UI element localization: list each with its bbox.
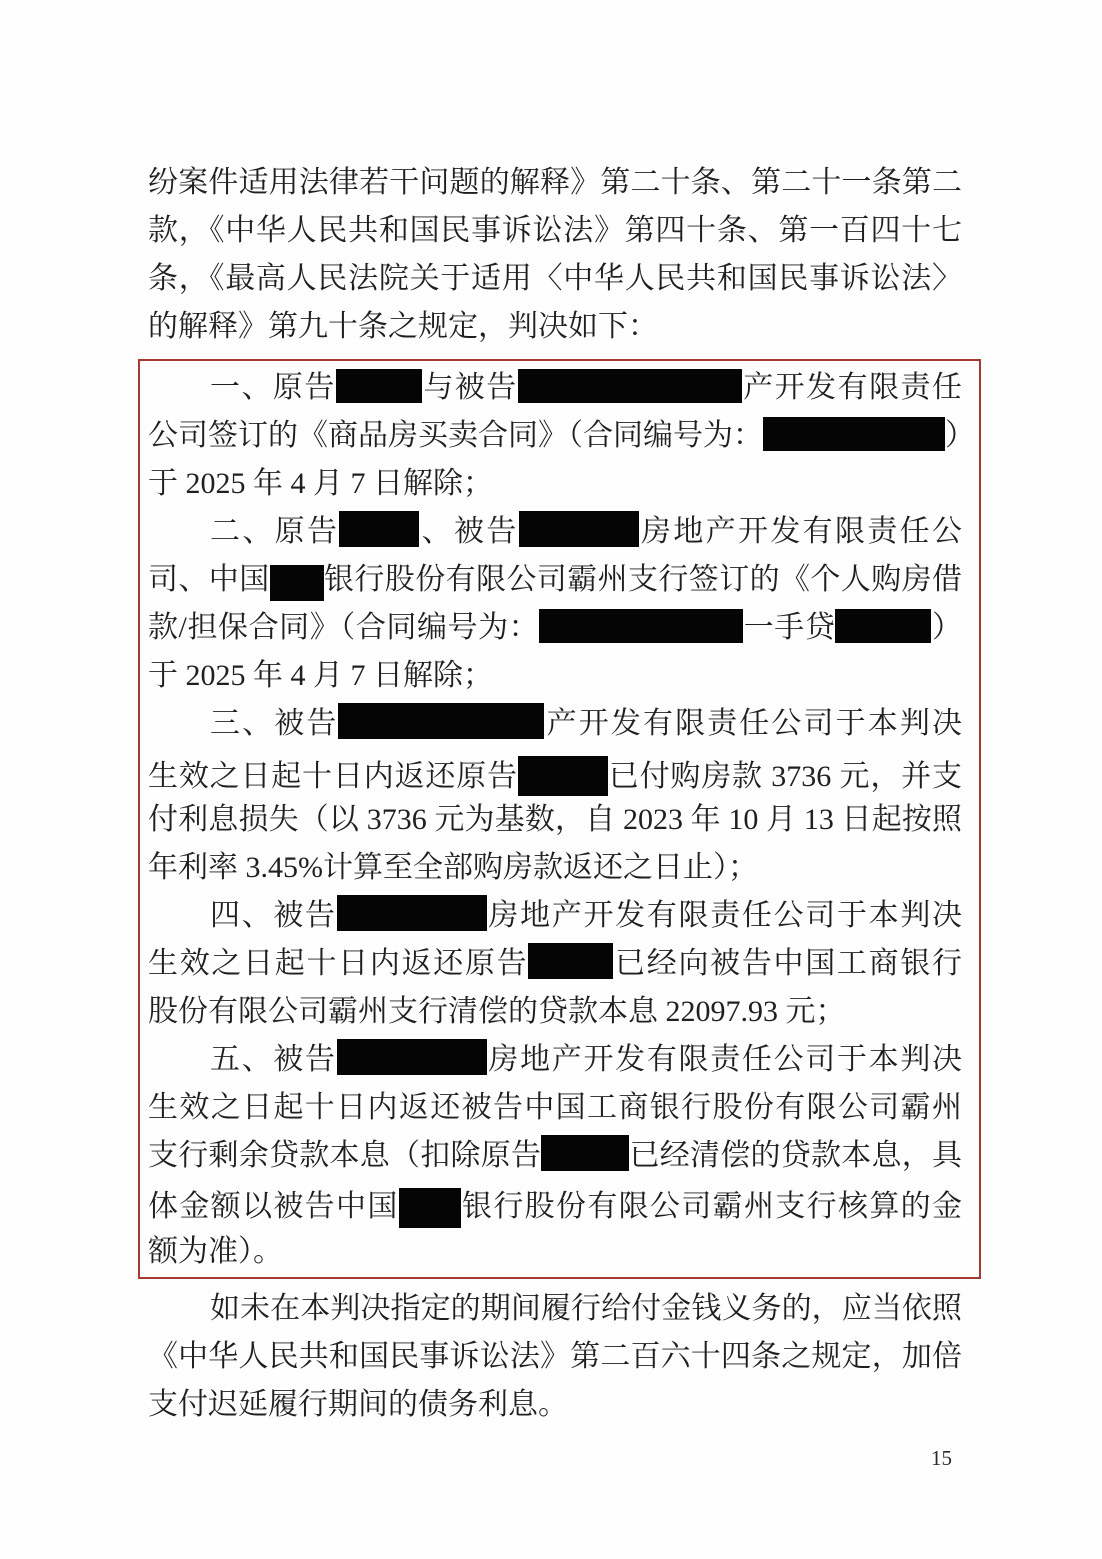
redaction-box [763, 417, 945, 451]
text-line: 生效之日起十日内返还原告已付购房款 3736 元，并支 [148, 748, 962, 796]
text-line: 纷案件适用法律若干问题的解释》第二十条、第二十一条第二 [148, 159, 962, 207]
text-line: 于 2025 年 4 月 7 日解除； [148, 652, 962, 700]
text-line: 额为准）。 [148, 1228, 962, 1276]
text-segment: 体金额以被告中国 [148, 1190, 399, 1223]
text-line: 二、原告、被告房地产开发有限责任公 [148, 508, 962, 556]
text-segment: 银行股份有限公司霸州支行核算的金 [461, 1190, 962, 1223]
text-segment: 一手贷 [743, 611, 835, 644]
text-segment: 已付购房款 3736 元，并支 [608, 760, 962, 793]
text-segment: 条，《最高人民法院关于适用〈中华人民共和国民事诉讼法〉 [148, 262, 962, 295]
text-line: 《中华人民共和国民事诉讼法》第二百六十四条之规定，加倍 [148, 1333, 962, 1381]
text-line: 体金额以被告中国银行股份有限公司霸州支行核算的金 [148, 1180, 962, 1228]
text-segment: 产开发有限责任 [742, 371, 962, 404]
text-segment: 已经向被告中国工商银行 [613, 947, 962, 980]
redaction-box [518, 756, 608, 796]
text-segment: 款/担保合同》（合同编号为： [148, 611, 539, 644]
redaction-box [339, 511, 419, 547]
text-segment: 如未在本判决指定的期间履行给付金钱义务的，应当依照 [210, 1292, 962, 1325]
text-segment: 额为准）。 [148, 1235, 283, 1268]
judgment-document-page: 纷案件适用法律若干问题的解释》第二十条、第二十一条第二款，《中华人民共和国民事诉… [0, 0, 1102, 1559]
redaction-box [337, 1039, 487, 1075]
redaction-box [337, 895, 487, 931]
text-line: 生效之日起十日内返还原告已经向被告中国工商银行 [148, 940, 962, 988]
text-segment: 房地产开发有限责任公司于本判决 [487, 899, 962, 932]
text-segment: 、被告 [419, 515, 518, 548]
redaction-box [539, 609, 743, 643]
text-line: 于 2025 年 4 月 7 日解除； [148, 460, 962, 508]
text-segment: 二、原告 [210, 515, 339, 548]
text-segment: 生效之日起十日内返还被告中国工商银行股份有限公司霸州 [148, 1091, 962, 1124]
text-line: 司、中国银行股份有限公司霸州支行签订的《个人购房借 [148, 556, 962, 604]
text-segment: 房地产开发有限责任公 [639, 515, 962, 548]
text-segment: 付利息损失（以 3736 元为基数，自 2023 年 10 月 13 日起按照 [148, 803, 962, 836]
text-segment: 已经清偿的贷款本息，具 [629, 1139, 962, 1172]
closing-paragraphs: 如未在本判决指定的期间履行给付金钱义务的，应当依照《中华人民共和国民事诉讼法》第… [148, 1285, 962, 1429]
text-segment: 于 2025 年 4 月 7 日解除； [148, 659, 493, 692]
text-line: 款，《中华人民共和国民事诉讼法》第四十条、第一百四十七 [148, 207, 962, 255]
text-line: 支行剩余贷款本息（扣除原告已经清偿的贷款本息，具 [148, 1132, 962, 1180]
text-line: 的解释》第九十条之规定，判决如下： [148, 303, 962, 351]
text-segment: 三、被告 [210, 707, 338, 740]
text-line: 如未在本判决指定的期间履行给付金钱义务的，应当依照 [148, 1285, 962, 1333]
page-number: 15 [931, 1446, 952, 1471]
redaction-box [270, 565, 324, 601]
redaction-box [518, 369, 742, 403]
text-segment: 生效之日起十日内返还原告 [148, 760, 518, 793]
text-segment: 银行股份有限公司霸州支行签订的《个人购房借 [324, 563, 962, 596]
text-line: 公司签订的《商品房买卖合同》（合同编号为：） [148, 412, 962, 460]
judgment-items-box: 一、原告与被告产开发有限责任公司签订的《商品房买卖合同》（合同编号为：）于 20… [138, 359, 981, 1279]
intro-paragraphs: 纷案件适用法律若干问题的解释》第二十条、第二十一条第二款，《中华人民共和国民事诉… [148, 159, 962, 351]
text-line: 五、被告房地产开发有限责任公司于本判决 [148, 1036, 962, 1084]
text-segment: 一、原告 [210, 371, 336, 404]
text-segment: 的解释》第九十条之规定，判决如下： [148, 310, 658, 343]
redaction-box [835, 609, 931, 643]
text-line: 四、被告房地产开发有限责任公司于本判决 [148, 892, 962, 940]
redaction-box [399, 1188, 461, 1228]
text-segment: 产开发有限责任公司于本判决 [544, 707, 962, 740]
text-segment: ） [931, 611, 962, 644]
text-segment: 生效之日起十日内返还原告 [148, 947, 528, 980]
text-line: 年利率 3.45%计算至全部购房款返还之日止）； [148, 844, 962, 892]
text-segment: 于 2025 年 4 月 7 日解除； [148, 467, 493, 500]
text-segment: 四、被告 [210, 899, 337, 932]
text-segment: 房地产开发有限责任公司于本判决 [487, 1043, 962, 1076]
redaction-box [519, 511, 639, 547]
text-segment: 五、被告 [210, 1043, 337, 1076]
text-line: 生效之日起十日内返还被告中国工商银行股份有限公司霸州 [148, 1084, 962, 1132]
text-segment: 款，《中华人民共和国民事诉讼法》第四十条、第一百四十七 [148, 214, 962, 247]
text-segment: 股份有限公司霸州支行清偿的贷款本息 22097.93 元； [148, 995, 846, 1028]
redaction-box [541, 1135, 629, 1171]
text-segment: ） [945, 419, 962, 452]
text-segment: 与被告 [422, 371, 518, 404]
text-segment: 支付迟延履行期间的债务利息。 [148, 1388, 568, 1421]
text-segment: 公司签订的《商品房买卖合同》（合同编号为： [148, 419, 763, 452]
text-line: 支付迟延履行期间的债务利息。 [148, 1381, 962, 1429]
text-segment: 年利率 3.45%计算至全部购房款返还之日止）； [148, 851, 758, 884]
text-segment: 《中华人民共和国民事诉讼法》第二百六十四条之规定，加倍 [148, 1340, 962, 1373]
redaction-box [336, 369, 422, 403]
text-line: 股份有限公司霸州支行清偿的贷款本息 22097.93 元； [148, 988, 962, 1036]
text-line: 条，《最高人民法院关于适用〈中华人民共和国民事诉讼法〉 [148, 255, 962, 303]
text-line: 三、被告产开发有限责任公司于本判决 [148, 700, 962, 748]
text-line: 付利息损失（以 3736 元为基数，自 2023 年 10 月 13 日起按照 [148, 796, 962, 844]
text-segment: 司、中国 [148, 563, 270, 596]
redaction-box [338, 703, 544, 739]
text-segment: 支行剩余贷款本息（扣除原告 [148, 1139, 541, 1172]
redaction-box [528, 943, 613, 979]
document-content: 纷案件适用法律若干问题的解释》第二十条、第二十一条第二款，《中华人民共和国民事诉… [148, 159, 962, 1429]
text-segment: 纷案件适用法律若干问题的解释》第二十条、第二十一条第二 [148, 166, 962, 199]
text-line: 一、原告与被告产开发有限责任 [148, 364, 962, 412]
text-line: 款/担保合同》（合同编号为：一手贷） [148, 604, 962, 652]
